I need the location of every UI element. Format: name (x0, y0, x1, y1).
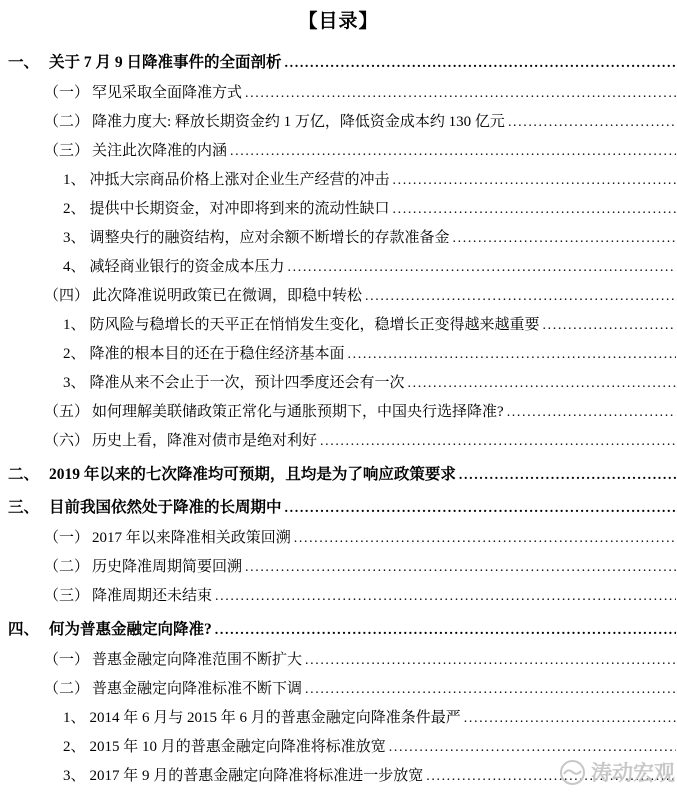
toc-entry-text: 历史降准周期简要回溯 (92, 553, 242, 582)
toc-entry[interactable]: 3、2017 年 9 月的普惠金融定向降准将标准进一步放宽 (0, 762, 677, 791)
toc-entry-text: 2015 年 10 月的普惠金融定向降准将标准放宽 (90, 733, 386, 762)
toc-entry-text: 历史上看，降准对债市是绝对利好 (92, 427, 317, 456)
toc-entry-number: 3、 (63, 224, 86, 253)
toc-entry[interactable]: （六）历史上看，降准对债市是绝对利好 (0, 427, 677, 456)
toc-entry-text: 普惠金融定向降准标准不断下调 (92, 675, 302, 704)
toc-entry-number: （二） (44, 553, 89, 582)
toc-entry[interactable]: 二、2019 年以来的七次降准均可预期，且均是为了响应政策要求 (0, 460, 677, 489)
toc-entry-number: 3、 (63, 762, 86, 791)
toc-entry-number: （四） (44, 282, 89, 311)
toc-entry[interactable]: 2、降准的根本目的还在于稳住经济基本面 (0, 340, 677, 369)
toc-entry-text: 此次降准说明政策已在微调，即稳中转松 (92, 282, 362, 311)
dot-leader (305, 646, 676, 675)
toc-entry[interactable]: （二）普惠金融定向降准标准不断下调 (0, 675, 677, 704)
toc-entry[interactable]: 2、提供中长期资金，对冲即将到来的流动性缺口 (0, 195, 677, 224)
toc-entry-text: 降准的根本目的还在于稳住经济基本面 (90, 340, 345, 369)
toc-entry[interactable]: （三）降准周期还未结束 (0, 582, 677, 611)
toc-entry-text: 调整央行的融资结构，应对余额不断增长的存款准备金 (90, 224, 450, 253)
toc-entry-number: 2、 (63, 733, 86, 762)
dot-leader (230, 137, 676, 166)
dot-leader (285, 494, 676, 523)
toc-entry-text: 减轻商业银行的资金成本压力 (90, 253, 285, 282)
dot-leader (393, 166, 676, 195)
toc-entry-number: （一） (44, 79, 89, 108)
toc-entry-number: 一、 (8, 48, 39, 77)
toc-entry-text: 罕见采取全面降准方式 (92, 79, 242, 108)
toc-entry[interactable]: 3、降准从来不会止于一次，预计四季度还会有一次 (0, 369, 677, 398)
toc-entry[interactable]: 3、调整央行的融资结构，应对余额不断增长的存款准备金 (0, 224, 677, 253)
dot-leader (426, 762, 676, 791)
toc-entry-text: 降准周期还未结束 (92, 582, 212, 611)
dot-leader (305, 675, 676, 704)
toc-entry-number: 四、 (8, 615, 39, 644)
toc-entry[interactable]: （一）普惠金融定向降准范围不断扩大 (0, 646, 677, 675)
toc-entry-text: 目前我国依然处于降准的长周期中 (49, 493, 282, 522)
toc-entry-number: （六） (44, 427, 89, 456)
dot-leader (507, 398, 676, 427)
dot-leader (453, 224, 676, 253)
toc-entry-number: 1、 (63, 166, 86, 195)
toc-entry[interactable]: 1、防风险与稳增长的天平正在悄悄发生变化，稳增长正变得越来越重要 (0, 311, 677, 340)
toc-entry[interactable]: （五）如何理解美联储政策正常化与通胀预期下，中国央行选择降准? (0, 398, 677, 427)
toc-entry-text: 关于 7 月 9 日降准事件的全面剖析 (49, 48, 282, 77)
toc-entry-text: 关注此次降准的内涵 (92, 137, 227, 166)
toc-list: 一、关于 7 月 9 日降准事件的全面剖析（一）罕见采取全面降准方式（二）降准力… (0, 48, 677, 791)
toc-entry-number: 3、 (63, 369, 86, 398)
toc-entry-text: 防风险与稳增长的天平正在悄悄发生变化，稳增长正变得越来越重要 (90, 311, 540, 340)
toc-entry[interactable]: （三）关注此次降准的内涵 (0, 137, 677, 166)
toc-entry-text: 降准从来不会止于一次，预计四季度还会有一次 (90, 369, 405, 398)
toc-entry-number: 4、 (63, 253, 86, 282)
toc-entry[interactable]: （二）历史降准周期简要回溯 (0, 553, 677, 582)
toc-entry[interactable]: 4、减轻商业银行的资金成本压力 (0, 253, 677, 282)
dot-leader (245, 553, 676, 582)
toc-entry[interactable]: （二）降准力度大: 释放长期资金约 1 万亿，降低资金成本约 130 亿元 (0, 108, 677, 137)
toc-entry-text: 2014 年 6 月与 2015 年 6 月的普惠金融定向降准条件最严 (90, 704, 461, 733)
toc-entry-text: 降准力度大: 释放长期资金约 1 万亿，降低资金成本约 130 亿元 (92, 108, 505, 137)
toc-entry[interactable]: （四）此次降准说明政策已在微调，即稳中转松 (0, 282, 677, 311)
dot-leader (365, 282, 676, 311)
dot-leader (393, 195, 676, 224)
toc-entry[interactable]: 1、2014 年 6 月与 2015 年 6 月的普惠金融定向降准条件最严 (0, 704, 677, 733)
toc-entry-number: （五） (44, 398, 89, 427)
toc-entry-text: 2017 年 9 月的普惠金融定向降准将标准进一步放宽 (90, 762, 424, 791)
dot-leader (508, 108, 676, 137)
dot-leader (389, 733, 676, 762)
toc-entry[interactable]: 四、何为普惠金融定向降准? (0, 615, 677, 644)
toc-entry-number: （三） (44, 582, 89, 611)
toc-entry-text: 如何理解美联储政策正常化与通胀预期下，中国央行选择降准? (92, 398, 504, 427)
page-title: 【目录】 (0, 9, 677, 35)
toc-page: 【目录】 一、关于 7 月 9 日降准事件的全面剖析（一）罕见采取全面降准方式（… (0, 0, 677, 803)
toc-entry-text: 普惠金融定向降准范围不断扩大 (92, 646, 302, 675)
toc-entry-text: 2017 年以来降准相关政策回溯 (92, 524, 291, 553)
dot-leader (408, 369, 676, 398)
dot-leader (245, 79, 676, 108)
toc-entry[interactable]: 一、关于 7 月 9 日降准事件的全面剖析 (0, 48, 677, 77)
toc-entry-text: 2019 年以来的七次降准均可预期，且均是为了响应政策要求 (49, 460, 456, 489)
toc-entry[interactable]: （一）罕见采取全面降准方式 (0, 79, 677, 108)
dot-leader (459, 461, 676, 490)
dot-leader (294, 524, 676, 553)
dot-leader (215, 582, 676, 611)
toc-entry-number: 二、 (8, 460, 39, 489)
toc-entry-number: （二） (44, 675, 89, 704)
dot-leader (285, 49, 676, 78)
dot-leader (320, 427, 676, 456)
dot-leader (288, 253, 676, 282)
toc-entry-number: 2、 (63, 195, 86, 224)
dot-leader (464, 704, 676, 733)
toc-entry[interactable]: 2、2015 年 10 月的普惠金融定向降准将标准放宽 (0, 733, 677, 762)
toc-entry[interactable]: （一）2017 年以来降准相关政策回溯 (0, 524, 677, 553)
toc-entry-text: 提供中长期资金，对冲即将到来的流动性缺口 (90, 195, 390, 224)
toc-entry-number: 三、 (8, 493, 39, 522)
dot-leader (348, 340, 676, 369)
toc-entry-text: 冲抵大宗商品价格上涨对企业生产经营的冲击 (90, 166, 390, 195)
toc-entry-number: （一） (44, 646, 89, 675)
toc-entry[interactable]: 三、目前我国依然处于降准的长周期中 (0, 493, 677, 522)
toc-entry-text: 何为普惠金融定向降准? (49, 615, 212, 644)
toc-entry[interactable]: 1、冲抵大宗商品价格上涨对企业生产经营的冲击 (0, 166, 677, 195)
toc-entry-number: （二） (44, 108, 89, 137)
toc-entry-number: 1、 (63, 311, 86, 340)
toc-entry-number: （一） (44, 524, 89, 553)
dot-leader (543, 311, 676, 340)
toc-entry-number: 2、 (63, 340, 86, 369)
toc-entry-number: 1、 (63, 704, 86, 733)
dot-leader (215, 616, 676, 645)
toc-entry-number: （三） (44, 137, 89, 166)
